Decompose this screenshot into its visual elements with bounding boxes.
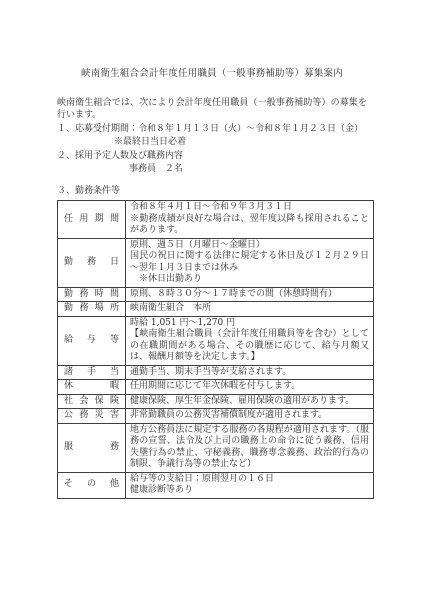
row-label: 勤務時間	[58, 287, 126, 302]
table-row: 勤務場所 峡南衛生組合 本所	[58, 302, 374, 317]
content-line: 国民の祝日に関する法律に規定する休日及び１２月２９日～翌年１月３日までは休み	[130, 251, 369, 274]
row-label: 公務災害	[58, 409, 126, 424]
content-line: 任用期間に応じて年次休暇を付与します。	[130, 381, 369, 393]
row-label: 任用期間	[58, 201, 126, 239]
list-item-application-period: １、応募受付期間：令和８年１月１３日（火）～令和８年１月２３日（金）	[57, 123, 367, 135]
row-content: 原則、８時３０分～１７時までの間（休憩時間有）	[126, 287, 374, 302]
row-content: 令和８年４月１日～令和９年３月３１日 ※勤務成績が良好な場合は、翌年度以降も採用…	[126, 201, 374, 239]
row-content: 峡南衛生組合 本所	[126, 302, 374, 317]
row-content: 地方公務員法に規定する服務の各規程が適用されます。（服務の宣誓、法令及び上司の職…	[126, 423, 374, 472]
table-row: 社会保険 健康保険、厚生年金保険、雇用保険の適用があります。	[58, 394, 374, 409]
content-line: ※休日出勤あり	[130, 274, 369, 286]
row-label: 諸手当	[58, 365, 126, 380]
list-item-hiring-count-note: 事務員 ２名	[57, 163, 367, 175]
table-row: 諸手当 通勤手当、期末手当等が支給されます。	[58, 365, 374, 380]
section-heading-work-conditions: ３、勤務条件等	[57, 185, 367, 197]
content-line: 原則、週５日（月曜日～金曜日）	[130, 240, 369, 252]
content-line: 通勤手当、期末手当等が支給されます。	[130, 367, 369, 379]
table-row: 任用期間 令和８年４月１日～令和９年３月３１日 ※勤務成績が良好な場合は、翌年度…	[58, 201, 374, 239]
content-line: ※勤務成績が良好な場合は、翌年度以降も採用されることがあります。	[130, 214, 369, 237]
row-label: 服務	[58, 423, 126, 472]
content-line: 健康保険、厚生年金保険、雇用保険の適用があります。	[130, 396, 369, 408]
content-line: 健康診断等あり	[130, 485, 369, 497]
table-row: 勤務日 原則、週５日（月曜日～金曜日） 国民の祝日に関する法律に規定する休日及び…	[58, 238, 374, 287]
table-row: 休暇 任用期間に応じて年次休暇を付与します。	[58, 380, 374, 395]
page-title: 峡南衛生組合会計年度任用職員（一般事務補助等）募集案内	[47, 68, 377, 80]
content-line: 令和８年４月１日～令和９年３月３１日	[130, 202, 369, 214]
row-content: 健康保険、厚生年金保険、雇用保険の適用があります。	[126, 394, 374, 409]
intro-paragraph: 峡南衛生組合では、次により会計年度任用職員（一般事務補助等）の募集を行います。	[57, 97, 367, 121]
table-row: 給与等 時給 1,051 円～1,270 円 【峡南衛生組合職員（会計年度任用職…	[58, 316, 374, 365]
row-content: 通勤手当、期末手当等が支給されます。	[126, 365, 374, 380]
row-label: 休暇	[58, 380, 126, 395]
content-line: 時給 1,051 円～1,270 円	[130, 318, 369, 330]
content-line: 峡南衛生組合 本所	[130, 303, 369, 315]
row-content: 原則、週５日（月曜日～金曜日） 国民の祝日に関する法律に規定する休日及び１２月２…	[126, 238, 374, 287]
row-label: 給与等	[58, 316, 126, 365]
work-conditions-table: 任用期間 令和８年４月１日～令和９年３月３１日 ※勤務成績が良好な場合は、翌年度…	[57, 200, 374, 499]
table-row: 勤務時間 原則、８時３０分～１７時までの間（休憩時間有）	[58, 287, 374, 302]
table-row: その他 給与等の支給日：原則翌月の１６日 健康診断等あり	[58, 472, 374, 498]
row-label: 社会保険	[58, 394, 126, 409]
content-line: 地方公務員法に規定する服務の各規程が適用されます。（服務の宣誓、法令及び上司の職…	[130, 425, 369, 471]
table-row: 公務災害 非常勤職員の公務災害補償制度が適用されます。	[58, 409, 374, 424]
row-label: 勤務場所	[58, 302, 126, 317]
list-item-application-period-note: ※最終日当日必着	[57, 136, 367, 148]
row-content: 任用期間に応じて年次休暇を付与します。	[126, 380, 374, 395]
content-line: 原則、８時３０分～１７時までの間（休憩時間有）	[130, 289, 369, 301]
list-item-hiring-count: ２、採用予定人数及び職務内容	[57, 150, 367, 162]
table-row: 服務 地方公務員法に規定する服務の各規程が適用されます。（服務の宣誓、法令及び上…	[58, 423, 374, 472]
row-content: 給与等の支給日：原則翌月の１６日 健康診断等あり	[126, 472, 374, 498]
row-label: その他	[58, 472, 126, 498]
content-line: 【峡南衛生組合職員（会計年度任用職員等を含む）としての在職期間がある場合、その職…	[130, 329, 369, 364]
row-label: 勤務日	[58, 238, 126, 287]
content-line: 給与等の支給日：原則翌月の１６日	[130, 474, 369, 486]
document-page: 峡南衛生組合会計年度任用職員（一般事務補助等）募集案内 峡南衛生組合では、次によ…	[0, 0, 424, 600]
content-line: 非常勤職員の公務災害補償制度が適用されます。	[130, 410, 369, 422]
row-content: 非常勤職員の公務災害補償制度が適用されます。	[126, 409, 374, 424]
row-content: 時給 1,051 円～1,270 円 【峡南衛生組合職員（会計年度任用職員等を含…	[126, 316, 374, 365]
